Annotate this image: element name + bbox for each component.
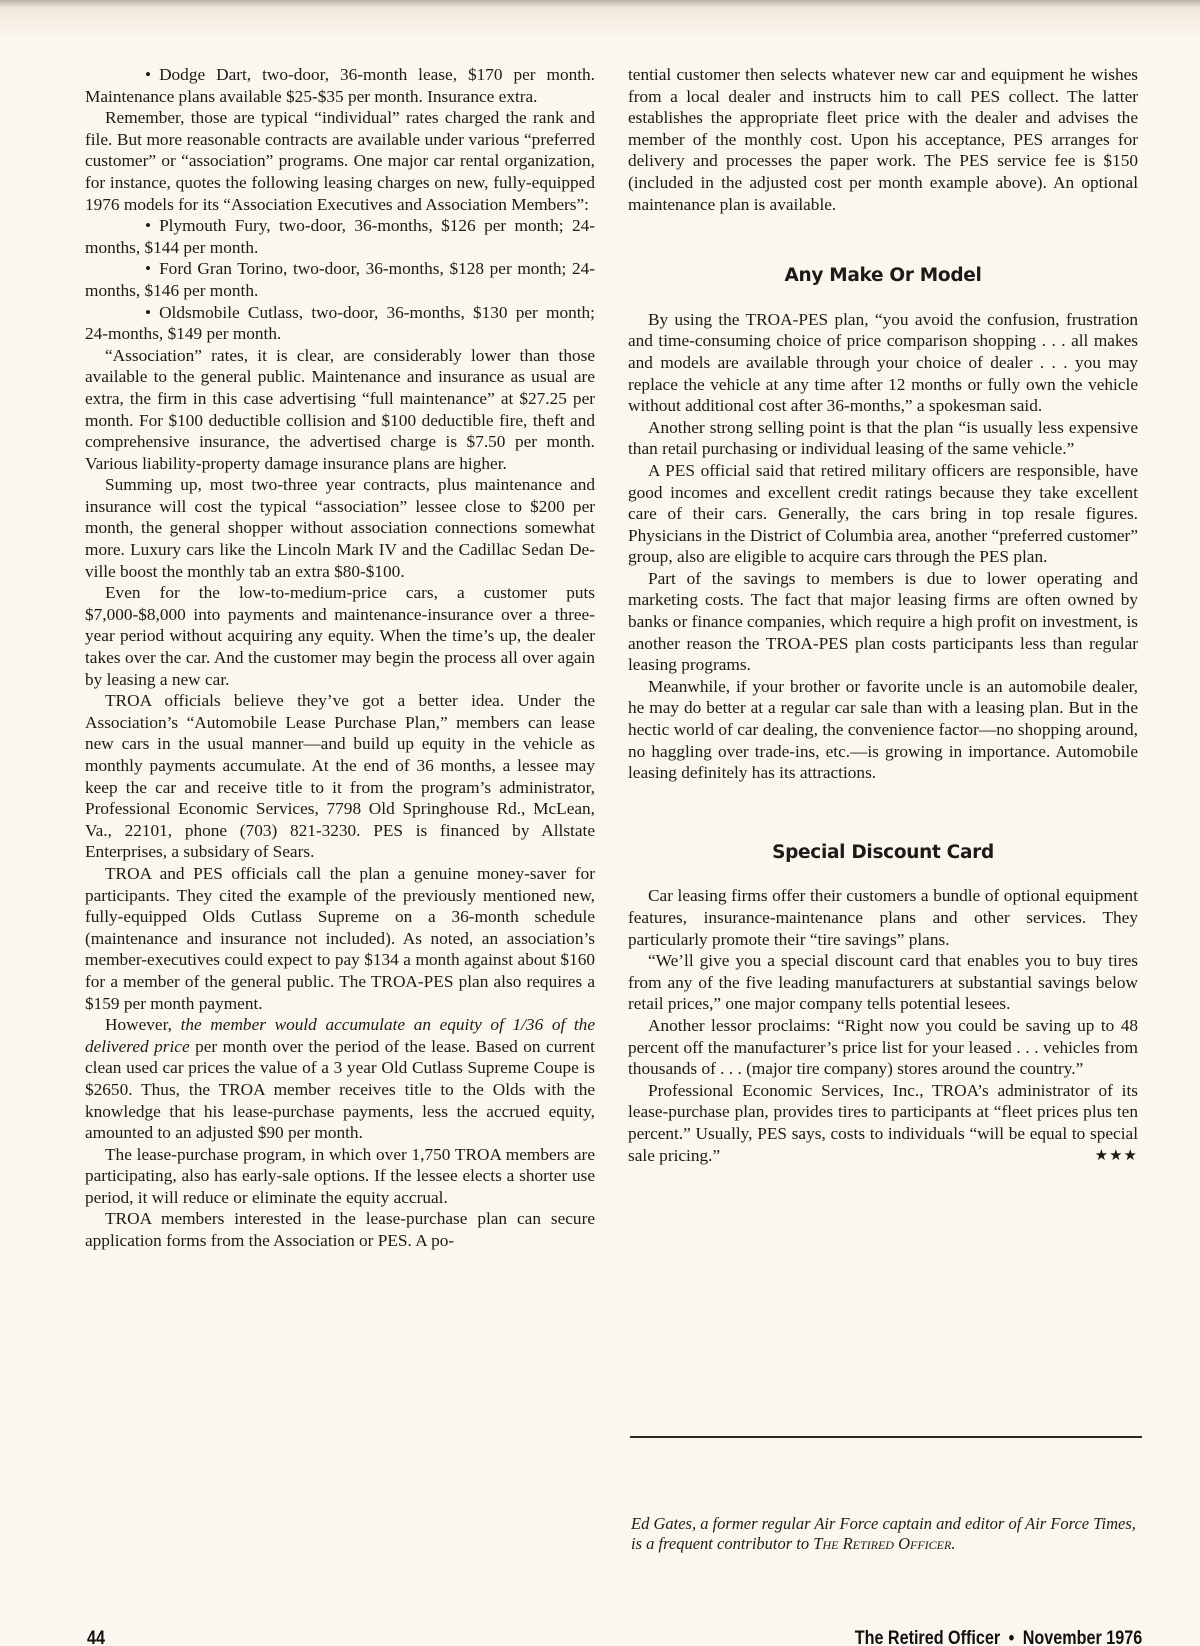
paragraph-professional: Professional Economic Services, Inc., TR… — [628, 1080, 1138, 1166]
paragraph-lease-purchase: The lease-purchase program, in which ove… — [85, 1144, 595, 1209]
issue-date: November 1976 — [1023, 1628, 1142, 1646]
bullet-icon: • — [145, 216, 151, 235]
bullet-icon: • — [145, 259, 151, 278]
paragraph-well-give: “We’ll give you a special discount card … — [628, 950, 1138, 1015]
bullet-plymouth-fury: •Plymouth Fury, two-door, 36-months, $12… — [85, 215, 595, 258]
bullet-icon: • — [145, 303, 151, 322]
page-number: 44 — [87, 1628, 105, 1646]
bio-divider — [630, 1436, 1142, 1438]
footer-publication: The Retired Officer•November 1976 — [855, 1628, 1142, 1646]
heading-any-make-or-model: Any Make Or Model — [628, 265, 1138, 287]
paragraph-car-leasing: Car leasing firms offer their customers … — [628, 885, 1138, 950]
paragraph-another-lessor: Another lessor proclaims: “Right now you… — [628, 1015, 1138, 1080]
paragraph-however: However, the member would accumulate an … — [85, 1014, 595, 1144]
heading-special-discount-card: Special Discount Card — [628, 842, 1138, 864]
paragraph-troa-members: TROA members interested in the lease-pur… — [85, 1208, 595, 1251]
author-bio: Ed Gates, a former regular Air Force cap… — [631, 1514, 1143, 1553]
paragraph-another-strong: Another strong selling point is that the… — [628, 417, 1138, 460]
paragraph-continued: tential customer then selects whatever n… — [628, 64, 1138, 215]
page-top-edge — [0, 0, 1200, 7]
paragraph-remember: Remember, those are typical “individual”… — [85, 107, 595, 215]
magazine-name: The Retired Officer — [813, 1534, 951, 1553]
bullet-dodge-dart: •Dodge Dart, two-door, 36-month lease, $… — [85, 64, 595, 107]
publication-name: The Retired Officer — [855, 1628, 1000, 1646]
paragraph-summing-up: Summing up, most two-three year contract… — [85, 474, 595, 582]
paragraph-association-rates: “Association” rates, it is clear, are co… — [85, 345, 595, 475]
paragraph-meanwhile: Meanwhile, if your brother or favorite u… — [628, 676, 1138, 784]
end-mark-stars-icon: ★★★ — [1075, 1145, 1138, 1167]
left-column: •Dodge Dart, two-door, 36-month lease, $… — [85, 64, 595, 1252]
page-top-tint — [0, 7, 1200, 37]
bullet-icon: • — [145, 65, 151, 84]
paragraph-even-for: Even for the low-to-medium-price cars, a… — [85, 582, 595, 690]
paragraph-troa-officials: TROA officials believe they’ve got a bet… — [85, 690, 595, 863]
paragraph-by-using: By using the TROA-PES plan, “you avoid t… — [628, 309, 1138, 417]
bullet-ford-gran-torino: •Ford Gran Torino, two-door, 36-months, … — [85, 258, 595, 301]
right-column: tential customer then selects whatever n… — [628, 64, 1138, 1166]
paragraph-part-of-savings: Part of the savings to members is due to… — [628, 568, 1138, 676]
paragraph-troa-pes: TROA and PES officials call the plan a g… — [85, 863, 595, 1014]
paragraph-pes-official: A PES official said that retired militar… — [628, 460, 1138, 568]
separator-bullet-icon: • — [1008, 1628, 1014, 1646]
bullet-oldsmobile-cutlass: •Oldsmobile Cutlass, two-door, 36-months… — [85, 302, 595, 345]
